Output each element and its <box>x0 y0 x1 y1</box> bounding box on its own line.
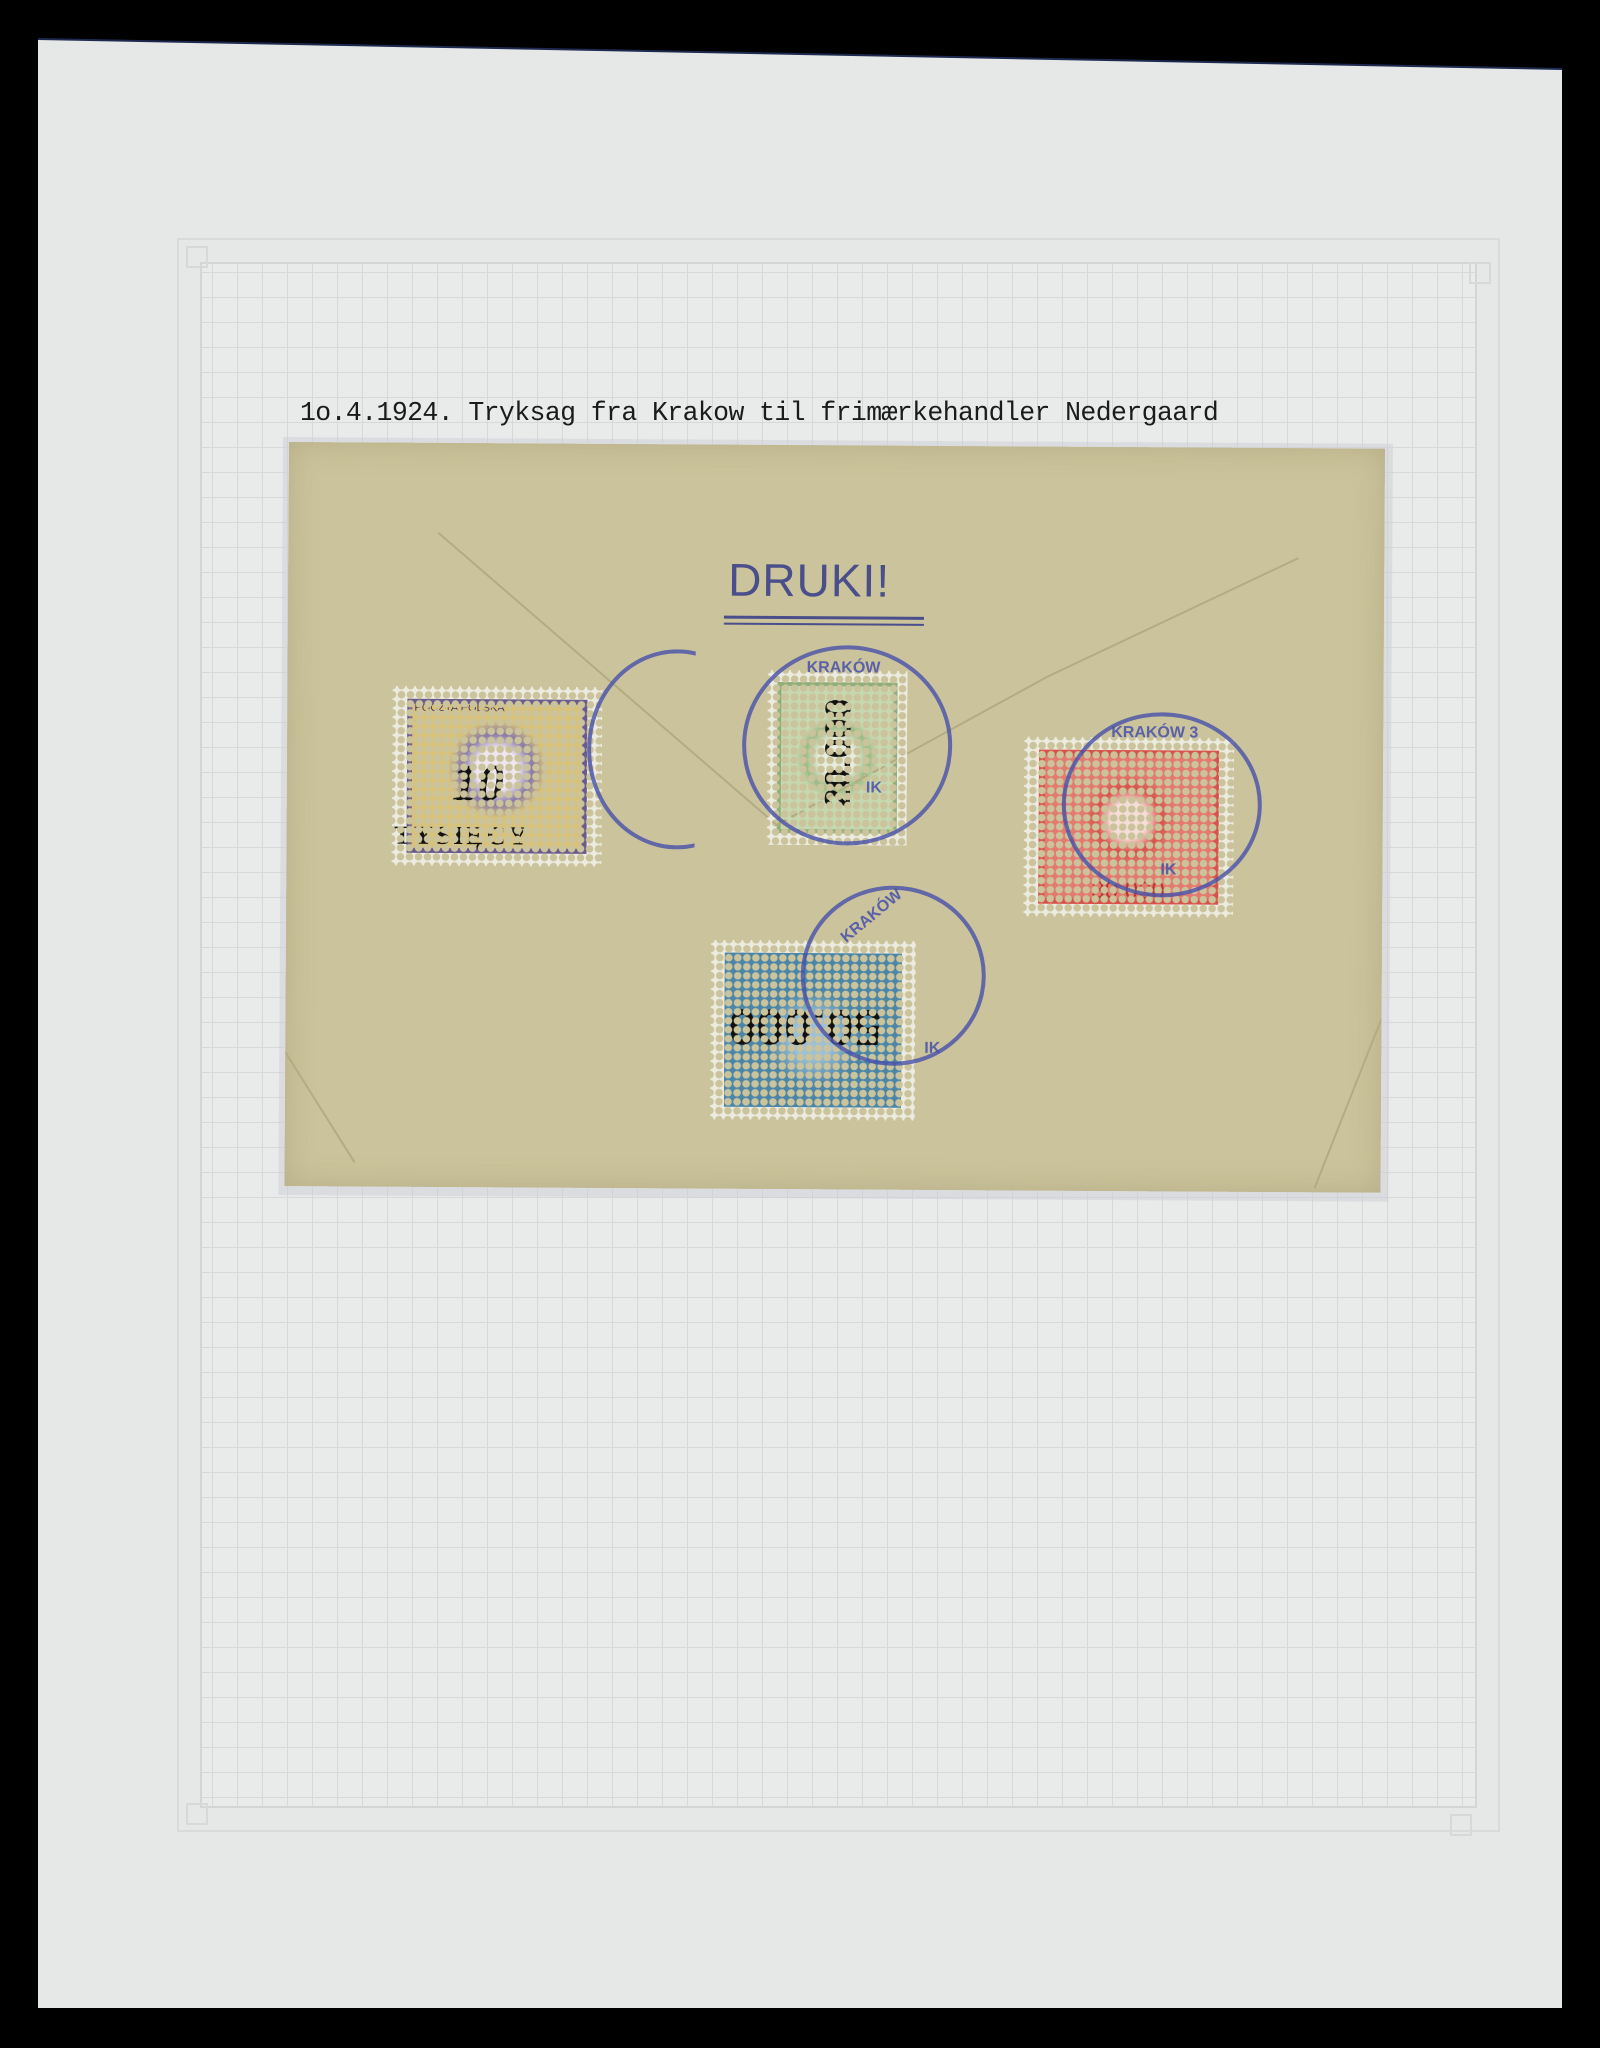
postmark-code: IK <box>1160 861 1176 879</box>
corner-ornament-top-left <box>186 246 208 268</box>
stamp-country-text: POCZTA POLSKA <box>414 702 504 715</box>
caption-line: 1o.4.1924. Tryksag fra Krakow til frimær… <box>300 394 1400 432</box>
corner-ornament-top-right <box>1469 262 1491 284</box>
stamp-purple-eagle: POCZTA POLSKA 10 TYSIĘCY <box>391 686 602 867</box>
postmark-krakow-lower: KRAKÓW IK <box>800 885 986 1066</box>
postal-cover: DRUKI! POCZTA POLSKA 10 TYSIĘCY 20.000 3… <box>284 442 1385 1193</box>
stamp-surcharge-word: TYSIĘCY <box>394 821 531 852</box>
postmark-krakow: KRAKÓW IK <box>742 645 953 846</box>
stamp-surcharge-value: 10 <box>452 754 504 813</box>
corner-ornament-bottom-right <box>1450 1814 1472 1836</box>
postmark-text: KRAKÓW 3 <box>1111 724 1198 743</box>
druki-handstamp: DRUKI! <box>728 553 890 608</box>
corner-ornament-bottom-left <box>186 1803 208 1825</box>
postmark-text: KRAKÓW <box>807 659 881 677</box>
postmark-code: IK <box>866 780 882 798</box>
handstamp-underline <box>724 616 924 626</box>
postmark-krakow-3: KRAKÓW 3 IK <box>1061 712 1262 898</box>
postmark-code: IK <box>924 1040 940 1058</box>
